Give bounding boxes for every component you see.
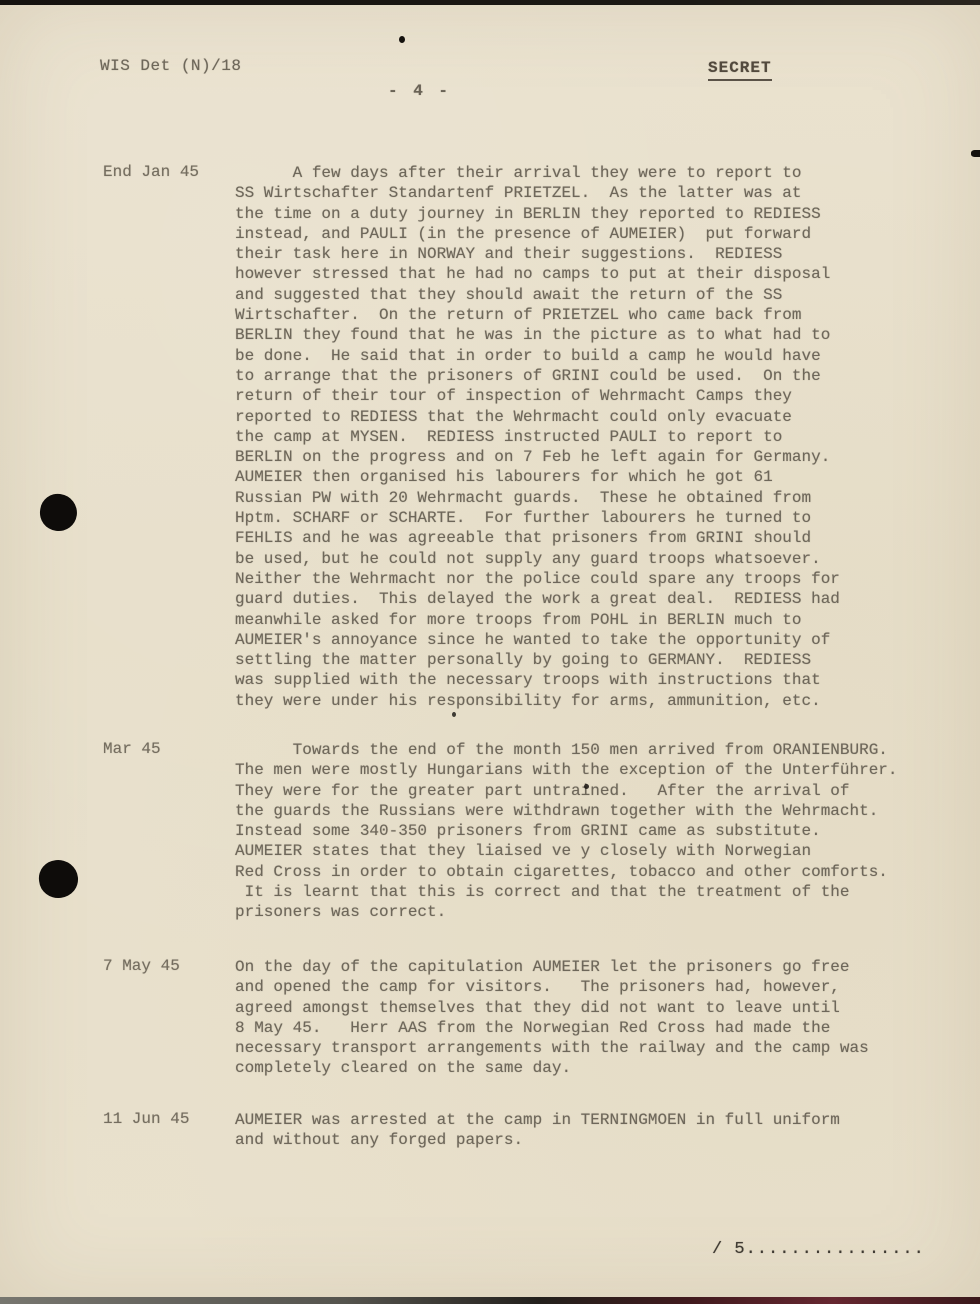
text-line: their task here in NORWAY and their sugg… bbox=[235, 244, 955, 264]
text-line: They were for the greater part untrained… bbox=[235, 781, 955, 801]
text-line: 8 May 45. Herr AAS from the Norwegian Re… bbox=[235, 1018, 955, 1038]
text-line: was supplied with the necessary troops w… bbox=[235, 670, 955, 690]
entry-body: A few days after their arrival they were… bbox=[235, 163, 955, 711]
punch-hole-top bbox=[38, 492, 80, 534]
text-line: meanwhile asked for more troops from POH… bbox=[235, 610, 955, 630]
text-line: It is learnt that this is correct and th… bbox=[235, 882, 955, 902]
entry-body: Towards the end of the month 150 men arr… bbox=[235, 740, 955, 923]
scanned-document-page: WIS Det (N)/18 SECRET - 4 - End Jan 45 A… bbox=[0, 0, 980, 1304]
text-line: the guards the Russians were withdrawn t… bbox=[235, 801, 955, 821]
text-line: Instead some 340-350 prisoners from GRIN… bbox=[235, 821, 955, 841]
text-line: and without any forged papers. bbox=[235, 1130, 955, 1150]
text-line: BERLIN they found that he was in the pic… bbox=[235, 325, 955, 345]
text-line: AUMEIER then organised his labourers for… bbox=[235, 467, 955, 487]
text-line: Hptm. SCHARF or SCHARTE. For further lab… bbox=[235, 508, 955, 528]
text-line: On the day of the capitulation AUMEIER l… bbox=[235, 957, 955, 977]
text-line: A few days after their arrival they were… bbox=[235, 163, 955, 183]
entry-date: 11 Jun 45 bbox=[103, 1110, 189, 1128]
text-line: agreed amongst themselves that they did … bbox=[235, 998, 955, 1018]
punch-hole-bottom bbox=[37, 858, 80, 900]
entry-body: AUMEIER was arrested at the camp in TERN… bbox=[235, 1110, 955, 1151]
text-line: Neither the Wehrmacht nor the police cou… bbox=[235, 569, 955, 589]
ink-speck bbox=[971, 150, 980, 157]
text-line: AUMEIER states that they liaised ve y cl… bbox=[235, 841, 955, 861]
continuation-marker: / 5................ bbox=[712, 1240, 925, 1259]
text-line: the camp at MYSEN. REDIESS instructed PA… bbox=[235, 427, 955, 447]
text-line: return of their tour of inspection of We… bbox=[235, 386, 955, 406]
scan-edge-top bbox=[0, 0, 980, 5]
text-line: BERLIN on the progress and on 7 Feb he l… bbox=[235, 447, 955, 467]
text-line: instead, and PAULI (in the presence of A… bbox=[235, 224, 955, 244]
text-line: settling the matter personally by going … bbox=[235, 650, 955, 670]
page-number: - 4 - bbox=[388, 82, 451, 100]
text-line: Wirtschafter. On the return of PRIETZEL … bbox=[235, 305, 955, 325]
text-line: AUMEIER was arrested at the camp in TERN… bbox=[235, 1110, 955, 1130]
scan-edge-bottom bbox=[0, 1297, 980, 1304]
text-line: guard duties. This delayed the work a gr… bbox=[235, 589, 955, 609]
text-line: they were under his responsibility for a… bbox=[235, 691, 955, 711]
text-line: Red Cross in order to obtain cigarettes,… bbox=[235, 862, 955, 882]
text-line: The men were mostly Hungarians with the … bbox=[235, 760, 955, 780]
entry-date: End Jan 45 bbox=[103, 163, 199, 181]
text-line: necessary transport arrangements with th… bbox=[235, 1038, 955, 1058]
ink-speck bbox=[452, 712, 456, 717]
text-line: and opened the camp for visitors. The pr… bbox=[235, 977, 955, 997]
classification-stamp: SECRET bbox=[708, 59, 772, 81]
text-line: prisoners was correct. bbox=[235, 902, 955, 922]
document-reference: WIS Det (N)/18 bbox=[100, 57, 241, 75]
text-line: however stressed that he had no camps to… bbox=[235, 264, 955, 284]
text-line: reported to REDIESS that the Wehrmacht c… bbox=[235, 407, 955, 427]
text-line: Russian PW with 20 Wehrmacht guards. The… bbox=[235, 488, 955, 508]
entry-date: 7 May 45 bbox=[103, 957, 180, 975]
text-line: the time on a duty journey in BERLIN the… bbox=[235, 204, 955, 224]
ink-speck bbox=[584, 784, 589, 789]
text-line: completely cleared on the same day. bbox=[235, 1058, 955, 1078]
entry-date: Mar 45 bbox=[103, 740, 161, 758]
entry-body: On the day of the capitulation AUMEIER l… bbox=[235, 957, 955, 1079]
ink-speck bbox=[399, 36, 405, 43]
text-line: and suggested that they should await the… bbox=[235, 285, 955, 305]
text-line: to arrange that the prisoners of GRINI c… bbox=[235, 366, 955, 386]
text-line: be used, but he could not supply any gua… bbox=[235, 549, 955, 569]
text-line: AUMEIER's annoyance since he wanted to t… bbox=[235, 630, 955, 650]
text-line: be done. He said that in order to build … bbox=[235, 346, 955, 366]
text-line: Towards the end of the month 150 men arr… bbox=[235, 740, 955, 760]
text-line: FEHLIS and he was agreeable that prisone… bbox=[235, 528, 955, 548]
text-line: SS Wirtschafter Standartenf PRIETZEL. As… bbox=[235, 183, 955, 203]
